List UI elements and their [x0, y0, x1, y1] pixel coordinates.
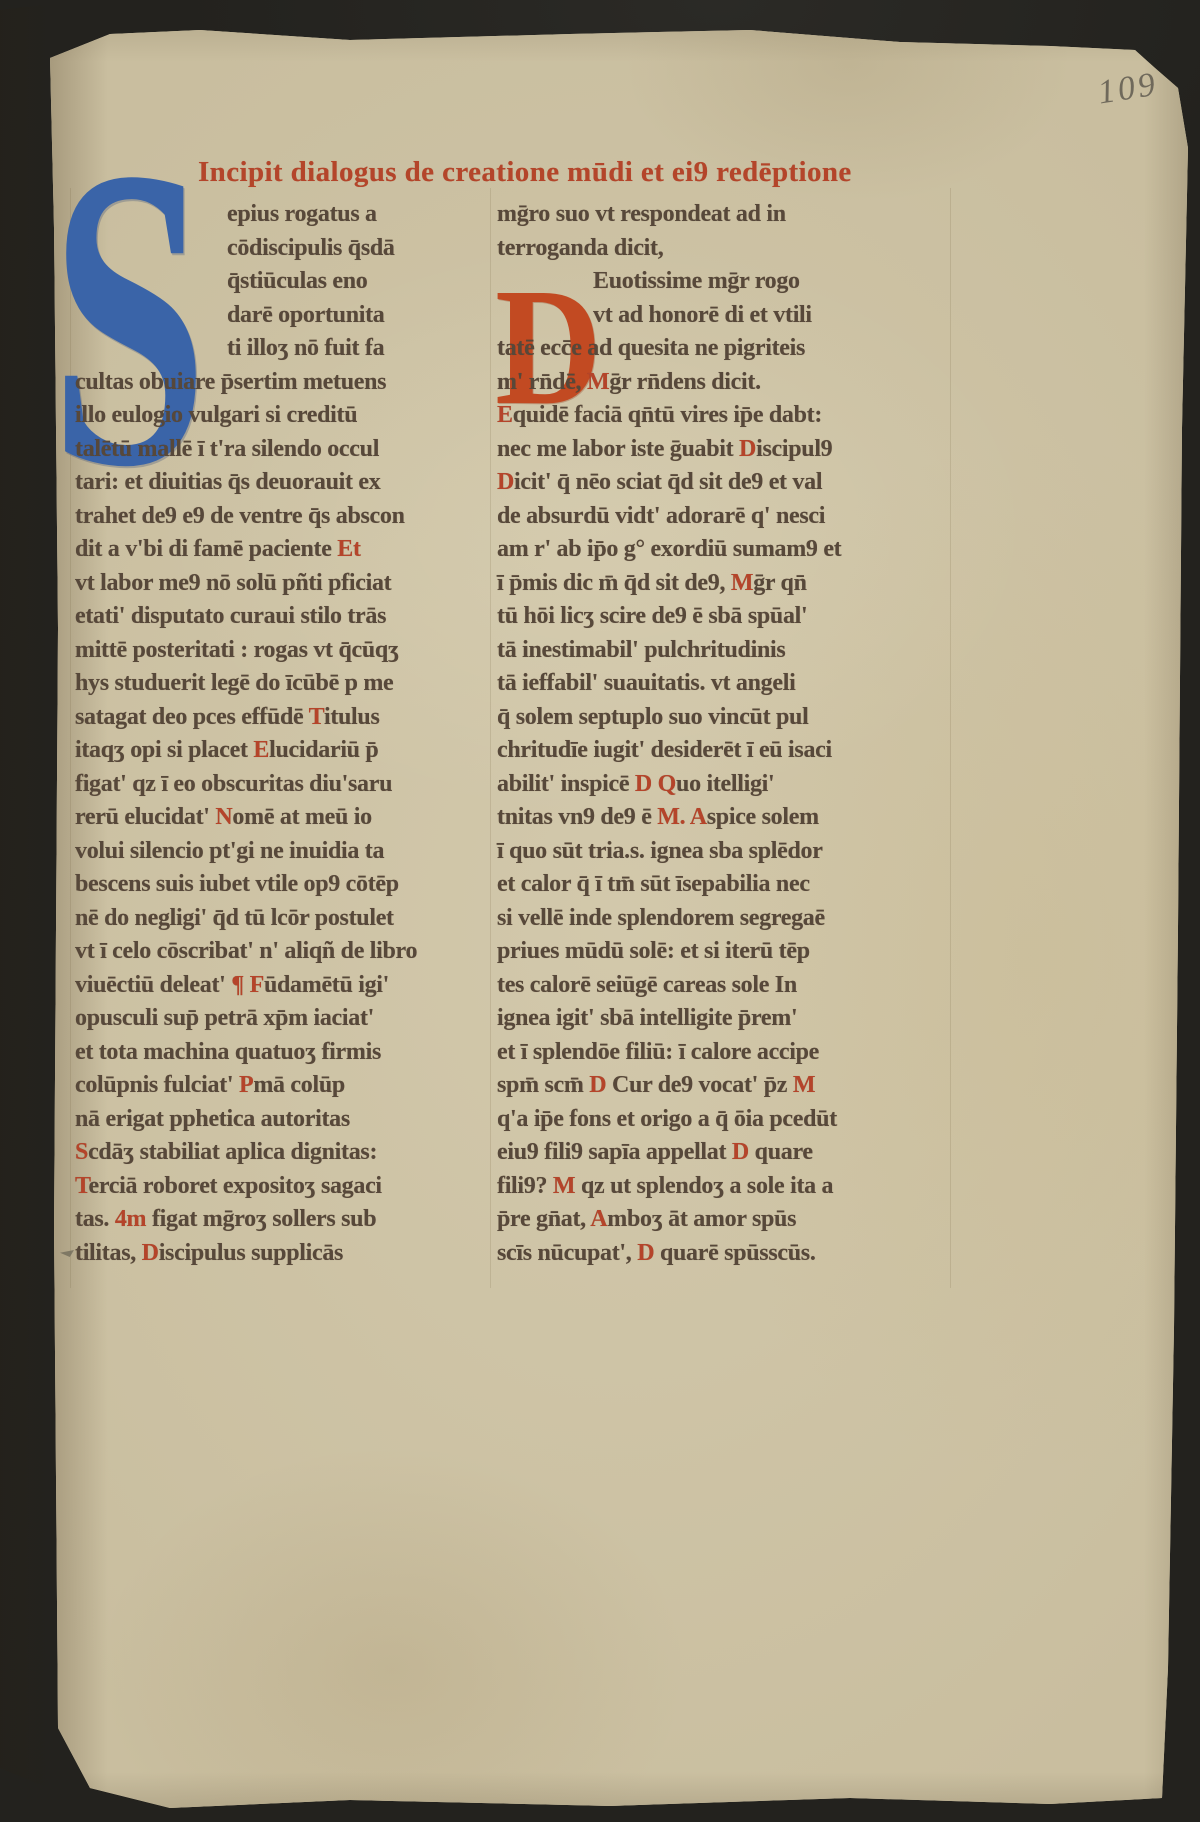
rubric: Incipit dialogus de creatione mūdi et ei… [198, 156, 978, 189]
ink-text: omē at meū io [232, 804, 371, 830]
rubricated-text: N [215, 804, 232, 830]
text-line: spm̄ scm̄ D Cur de9 vocat' p̄z M [497, 1069, 945, 1103]
text-line: darē oportunita [75, 299, 487, 333]
ink-text: terroganda dicit, [497, 235, 663, 261]
ink-text: opusculi sup̄ petrā xp̄m iaciat' [75, 1005, 374, 1031]
ink-text: ī p̄mis dic m̄ q̄d sit de9, [497, 570, 731, 596]
text-line: bescens suis iubet vtile op9 cōtēp [75, 868, 487, 902]
ink-text: figat' qz ī eo obscuritas diu'saru [75, 771, 392, 797]
ruling-line-center [490, 188, 491, 1288]
ink-text: satagat deo pces effūdē [75, 704, 309, 730]
ink-text: ūdamētū igi' [264, 972, 389, 998]
text-line: ti illoʒ nō fuit fa [75, 332, 487, 366]
pencil-mark [60, 1250, 74, 1257]
rubricated-text: D [635, 771, 652, 797]
rubricated-text: E [253, 737, 269, 763]
ink-text: dit a v'bi di famē paciente [75, 536, 337, 562]
ink-text: epius rogatus a [227, 201, 377, 227]
ink-text: ti illoʒ nō fuit fa [227, 335, 384, 361]
ink-text: quarē spūsscūs. [654, 1240, 815, 1266]
ink-text: ḡr qn̄ [753, 570, 806, 596]
rubricated-text: S [75, 1139, 88, 1165]
text-line: priues mūdū solē: et si iterū tēp [497, 935, 945, 969]
rubricated-text: A [690, 804, 707, 830]
text-line: chritudīe iugit' desiderēt ī eū isaci [497, 734, 945, 768]
rubricated-text: P [239, 1072, 253, 1098]
ink-text: m' rn̄dē, [497, 369, 587, 395]
ink-text: iscipulus supplicās [159, 1240, 343, 1266]
rubricated-text: Et [337, 536, 360, 562]
text-line: cultas obuiare p̄sertim metuens [75, 366, 487, 400]
ink-text: tnitas vn9 de9 ē [497, 804, 657, 830]
ink-text: q̄ solem septuplo suo vincūt pul [497, 704, 808, 730]
ink-text: figat mḡroʒ sollers sub [146, 1206, 376, 1232]
ink-text: tari: et diuitias q̄s deuorauit ex [75, 469, 380, 495]
ink-text: tas. [75, 1206, 115, 1232]
ink-text: fili9? [497, 1173, 553, 1199]
ink-text: si vellē inde splendorem segregaē [497, 905, 825, 931]
text-line: q̄stiūculas eno [75, 265, 487, 299]
text-line: terroganda dicit, [497, 232, 945, 266]
ink-text: iscipul9 [756, 436, 832, 462]
text-line: rerū elucidat' Nomē at meū io [75, 801, 487, 835]
ink-text: quare [749, 1139, 813, 1165]
rubricated-text: D [497, 469, 514, 495]
text-line: vt ī celo cōscribat' n' aliqñ de libro [75, 935, 487, 969]
ink-text: colūpnis fulciat' [75, 1072, 239, 1098]
text-line: p̄re gn̄at, Amboʒ āt amor spūs [497, 1203, 945, 1237]
ink-text: cultas obuiare p̄sertim metuens [75, 369, 386, 395]
ink-text: priues mūdū solē: et si iterū tēp [497, 938, 810, 964]
ink-text: q'a ip̄e fons et origo a q̄ ōia pcedūt [497, 1106, 837, 1132]
text-line: volui silencio pt'gi ne inuidia ta [75, 835, 487, 869]
ruling-line-right [950, 188, 951, 1288]
text-line: satagat deo pces effūdē Titulus [75, 701, 487, 735]
ink-text: illo eulogio vulgari si creditū [75, 402, 357, 428]
text-line: itaqʒ opi si placet Elucidariū p̄ [75, 734, 487, 768]
rubricated-text: M [731, 570, 753, 596]
text-line: tilitas, Discipulus supplicās [75, 1237, 487, 1271]
ink-text: vt labor me9 nō solū pñti pficiat [75, 570, 391, 596]
rubricated-text: D [739, 436, 756, 462]
text-line: tū hōi licʒ scire de9 ē sbā spūal' [497, 600, 945, 634]
rubricated-text: M. [657, 804, 685, 830]
text-line: si vellē inde splendorem segregaē [497, 902, 945, 936]
rubricated-text: D [637, 1240, 654, 1266]
rubricated-text: D [142, 1240, 159, 1266]
text-line: ī p̄mis dic m̄ q̄d sit de9, Mḡr qn̄ [497, 567, 945, 601]
ink-text: Cur de9 vocat' p̄z [606, 1072, 793, 1098]
text-line: dit a v'bi di famē paciente Et [75, 533, 487, 567]
text-line: ignea igit' sbā intelligite p̄rem' [497, 1002, 945, 1036]
manuscript-page: 109 Incipit dialogus de creatione mūdi e… [50, 28, 1190, 1812]
rubricated-text: M [793, 1072, 815, 1098]
ink-text: cōdiscipulis q̄sdā [227, 235, 395, 261]
ink-text: et ī splendōe filiū: ī calore accipe [497, 1039, 819, 1065]
ink-text: tā ieffabil' suauitatis. vt angeli [497, 670, 795, 696]
ink-text: et calor q̄ ī tm̄ sūt īsepabilia nec [497, 871, 810, 897]
text-line: de absurdū vidt' adorarē q' nesci [497, 500, 945, 534]
text-line: colūpnis fulciat' Pmā colūp [75, 1069, 487, 1103]
ink-text: rerū elucidat' [75, 804, 215, 830]
ink-text: nā erigat pphetica autoritas [75, 1106, 350, 1132]
text-line: tas. 4m figat mḡroʒ sollers sub [75, 1203, 487, 1237]
rubricated-text: D [732, 1139, 749, 1165]
rubricated-text: M [587, 369, 609, 395]
manuscript-photo: 109 Incipit dialogus de creatione mūdi e… [0, 0, 1200, 1822]
text-line: illo eulogio vulgari si creditū [75, 399, 487, 433]
text-line: trahet de9 e9 de ventre q̄s abscon [75, 500, 487, 534]
text-line: viuēctiū deleat' ¶ Fūdamētū igi' [75, 969, 487, 1003]
text-line: opusculi sup̄ petrā xp̄m iaciat' [75, 1002, 487, 1036]
ink-text: mittē posteritati : rogas vt q̄cūqʒ [75, 637, 399, 663]
ink-text: qz ut splendoʒ a sole ita a [575, 1173, 833, 1199]
ink-text: ḡr rn̄dens dicit. [609, 369, 760, 395]
ink-text: itulus [324, 704, 380, 730]
ink-text: trahet de9 e9 de ventre q̄s abscon [75, 503, 405, 529]
ink-text: tū hōi licʒ scire de9 ē sbā spūal' [497, 603, 807, 629]
ink-text: de absurdū vidt' adorarē q' nesci [497, 503, 825, 529]
text-line: tā inestimabil' pulchritudinis [497, 634, 945, 668]
rubricated-text: A [590, 1206, 607, 1232]
rubricated-text: D [589, 1072, 606, 1098]
ink-text: nē do negligi' q̄d tū lcōr postulet [75, 905, 394, 931]
ink-text: abilit' inspicē [497, 771, 635, 797]
rubricated-text: 4m [115, 1206, 146, 1232]
ink-text: cdāʒ stabiliat aplica dignitas: [88, 1139, 377, 1165]
text-line: figat' qz ī eo obscuritas diu'saru [75, 768, 487, 802]
text-line: tes calorē seiūgē careas sole In [497, 969, 945, 1003]
text-line: Dicit' q̄ nēo sciat q̄d sit de9 et val [497, 466, 945, 500]
ink-text: quidē faciā qn̄tū vires ip̄e dabt: [513, 402, 822, 428]
text-line: abilit' inspicē D Quo itelligi' [497, 768, 945, 802]
text-line: scīs nūcupat', D quarē spūsscūs. [497, 1237, 945, 1271]
text-line: et tota machina quatuoʒ firmis [75, 1036, 487, 1070]
ink-text: lucidariū p̄ [269, 737, 378, 763]
text-line: talētū mallē ī t'ra silendo occul [75, 433, 487, 467]
ink-text: uo itelligi' [676, 771, 774, 797]
ink-text: viuēctiū deleat' [75, 972, 231, 998]
ink-text: etati' disputato curaui stilo trās [75, 603, 386, 629]
text-line: tatē ecc̄e ad quesita ne pigriteis [497, 332, 945, 366]
text-line: q'a ip̄e fons et origo a q̄ ōia pcedūt [497, 1103, 945, 1137]
text-line: nē do negligi' q̄d tū lcōr postulet [75, 902, 487, 936]
rubricated-text: ¶ F [231, 972, 264, 998]
ink-text: erciā roboret expositoʒ sagaci [89, 1173, 382, 1199]
text-line: nā erigat pphetica autoritas [75, 1103, 487, 1137]
ink-text: vt ad honorē di et vtili [593, 302, 812, 328]
ink-text: darē oportunita [227, 302, 385, 328]
ink-text: icit' q̄ nēo sciat q̄d sit de9 et val [514, 469, 822, 495]
rubricated-text: Q [658, 771, 676, 797]
ink-text: ī quo sūt tria.s. ignea sba splēdor [497, 838, 823, 864]
ink-text: tā inestimabil' pulchritudinis [497, 637, 785, 663]
text-line: etati' disputato curaui stilo trās [75, 600, 487, 634]
ink-text: tilitas, [75, 1240, 142, 1266]
rubricated-text: M [553, 1173, 575, 1199]
ink-text: am r' ab ip̄o g° exordiū sumam9 et [497, 536, 841, 562]
ink-text: mā colūp [253, 1072, 345, 1098]
text-line: ī quo sūt tria.s. ignea sba splēdor [497, 835, 945, 869]
ink-text: vt ī celo cōscribat' n' aliqñ de libro [75, 938, 417, 964]
text-line: cōdiscipulis q̄sdā [75, 232, 487, 266]
ink-text: eiu9 fili9 sapīa appellat [497, 1139, 732, 1165]
text-line: eiu9 fili9 sapīa appellat D quare [497, 1136, 945, 1170]
ink-text: hys studuerit legē do īcūbē p me [75, 670, 393, 696]
ink-text: chritudīe iugit' desiderēt ī eū isaci [497, 737, 832, 763]
rubricated-text: T [309, 704, 324, 730]
ink-text: bescens suis iubet vtile op9 cōtēp [75, 871, 399, 897]
ink-text: spice solem [707, 804, 819, 830]
text-line: Terciā roboret expositoʒ sagaci [75, 1170, 487, 1204]
ink-text: nec me labor iste ḡuabit [497, 436, 739, 462]
ink-text: scīs nūcupat', [497, 1240, 637, 1266]
text-line: mittē posteritati : rogas vt q̄cūqʒ [75, 634, 487, 668]
ink-text: mḡro suo vt respondeat ad in [497, 201, 786, 227]
text-line: Scdāʒ stabiliat aplica dignitas: [75, 1136, 487, 1170]
folio-number: 109 [1095, 66, 1160, 113]
text-line: et ī splendōe filiū: ī calore accipe [497, 1036, 945, 1070]
text-line: Equidē faciā qn̄tū vires ip̄e dabt: [497, 399, 945, 433]
text-line: vt labor me9 nō solū pñti pficiat [75, 567, 487, 601]
ink-text: talētū mallē ī t'ra silendo occul [75, 436, 379, 462]
ink-text: et tota machina quatuoʒ firmis [75, 1039, 381, 1065]
text-line: tari: et diuitias q̄s deuorauit ex [75, 466, 487, 500]
ink-text: itaqʒ opi si placet [75, 737, 253, 763]
ink-text: Euotissime mḡr rogo [593, 268, 800, 294]
text-line: tnitas vn9 de9 ē M. Aspice solem [497, 801, 945, 835]
text-line: epius rogatus a [75, 198, 487, 232]
rubricated-text: T [75, 1173, 89, 1199]
text-line: et calor q̄ ī tm̄ sūt īsepabilia nec [497, 868, 945, 902]
text-line: fili9? M qz ut splendoʒ a sole ita a [497, 1170, 945, 1204]
ink-text: p̄re gn̄at, [497, 1206, 590, 1232]
text-line: hys studuerit legē do īcūbē p me [75, 667, 487, 701]
ink-text: volui silencio pt'gi ne inuidia ta [75, 838, 384, 864]
text-line: m' rn̄dē, Mḡr rn̄dens dicit. [497, 366, 945, 400]
text-line: q̄ solem septuplo suo vincūt pul [497, 701, 945, 735]
rubricated-text: E [497, 402, 513, 428]
text-line: Euotissime mḡr rogo [497, 265, 945, 299]
text-line: mḡro suo vt respondeat ad in [497, 198, 945, 232]
ink-text: spm̄ scm̄ [497, 1072, 589, 1098]
ink-text: mboʒ āt amor spūs [607, 1206, 796, 1232]
ink-text: ignea igit' sbā intelligite p̄rem' [497, 1005, 797, 1031]
ink-text: q̄stiūculas eno [227, 268, 368, 294]
ink-text: tes calorē seiūgē careas sole In [497, 972, 797, 998]
ink-text: tatē ecc̄e ad quesita ne pigriteis [497, 335, 805, 361]
text-line: tā ieffabil' suauitatis. vt angeli [497, 667, 945, 701]
text-line: am r' ab ip̄o g° exordiū sumam9 et [497, 533, 945, 567]
left-text-column: epius rogatus acōdiscipulis q̄sdāq̄stiūc… [75, 198, 487, 1270]
text-line: vt ad honorē di et vtili [497, 299, 945, 333]
right-text-column: mḡro suo vt respondeat ad interroganda d… [497, 198, 945, 1270]
text-line: nec me labor iste ḡuabit Discipul9 [497, 433, 945, 467]
